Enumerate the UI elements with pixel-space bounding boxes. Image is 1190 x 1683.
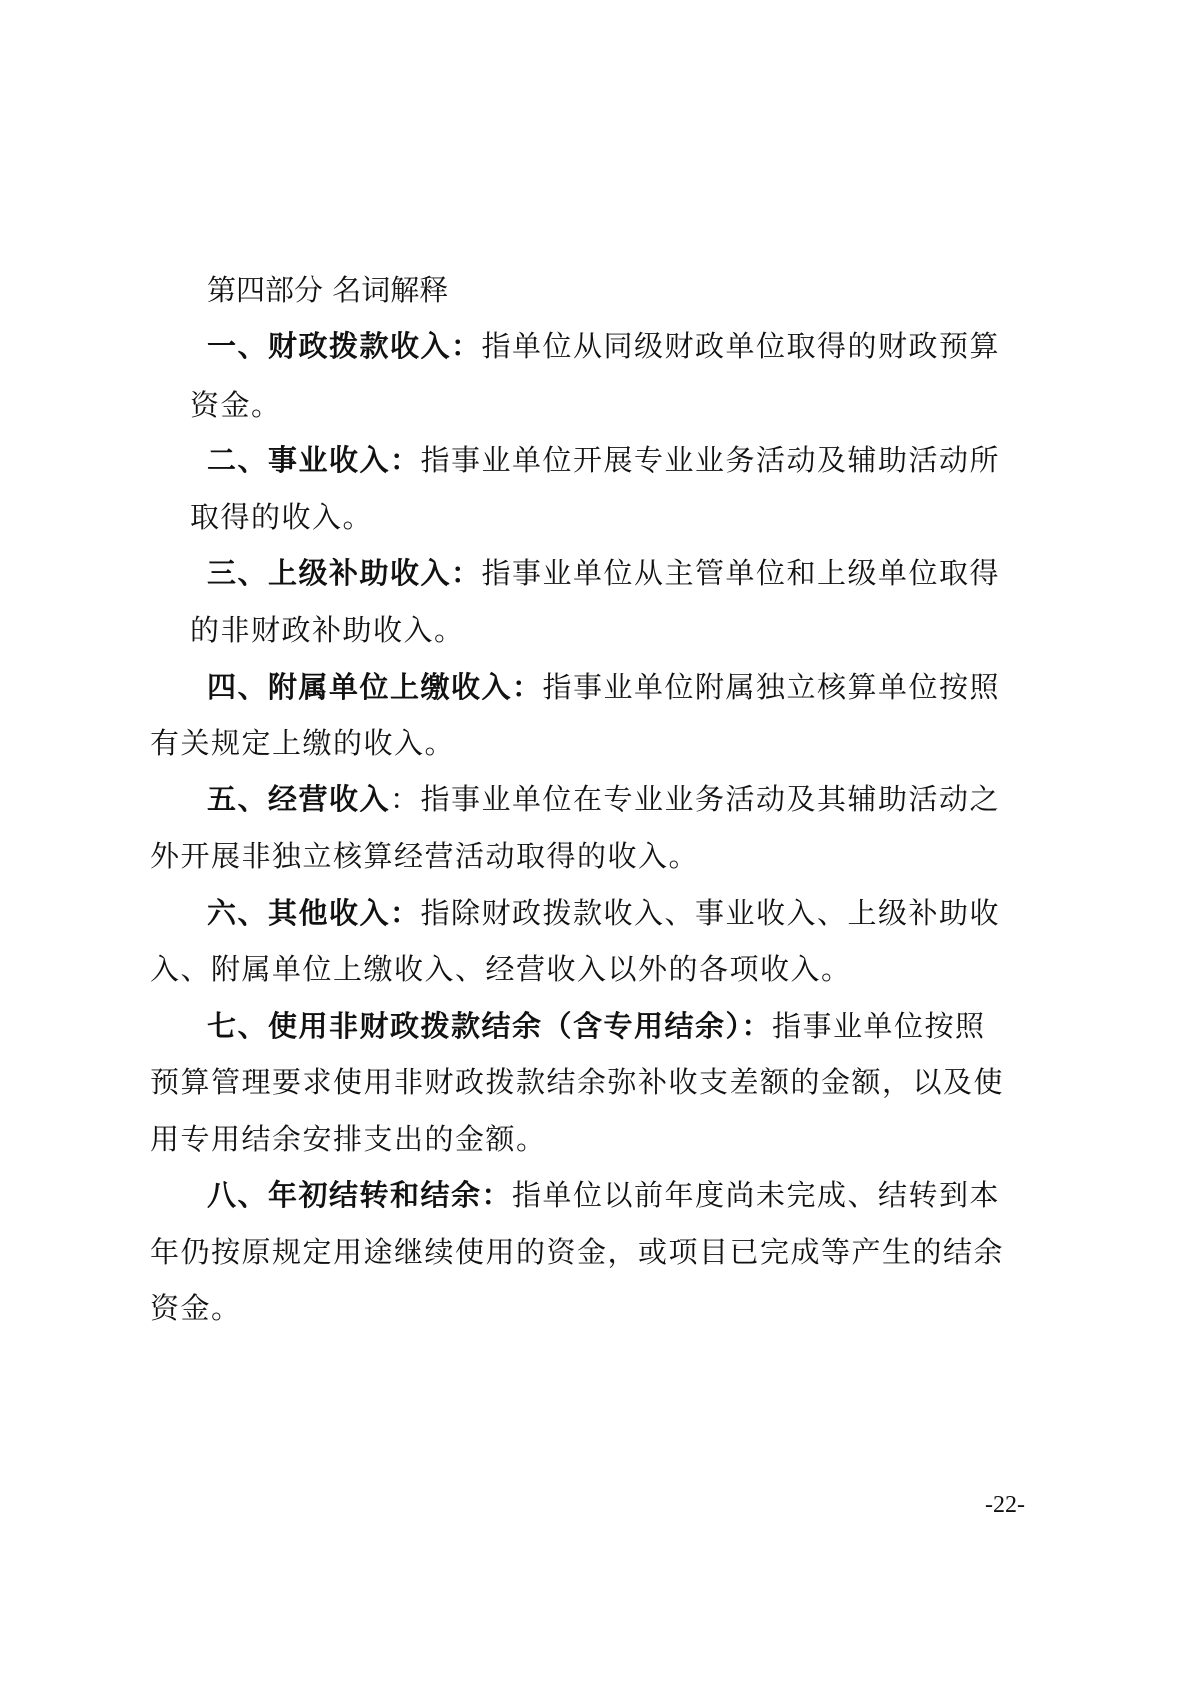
term: 六、其他收入： [207, 896, 421, 930]
definition-continuation: 的非财政补助收入。 [190, 610, 465, 650]
definition-text: 指事业单位从主管单位和上级单位取得 [482, 556, 1001, 590]
definition-text: 指事业单位按照 [772, 1009, 986, 1043]
definition-item-7: 七、使用非财政拨款结余（含专用结余）：指事业单位按照 [207, 1006, 986, 1046]
term: 五、经营收入 [207, 782, 390, 816]
definition-item-6: 六、其他收入：指除财政拨款收入、事业收入、上级补助收 [207, 893, 1000, 933]
definition-continuation: 资金。 [190, 385, 282, 425]
definition-continuation: 入、附属单位上缴收入、经营收入以外的各项收入。 [150, 949, 852, 989]
definition-continuation: 资金。 [150, 1288, 242, 1328]
page-number: -22- [985, 1492, 1025, 1519]
section-title: 第四部分 名词解释 [207, 270, 448, 310]
definition-continuation: 预算管理要求使用非财政拨款结余弥补收支差额的金额，以及使 [150, 1062, 1004, 1102]
definition-item-2: 二、事业收入：指事业单位开展专业业务活动及辅助活动所 [207, 440, 1000, 480]
definition-text: 指单位以前年度尚未完成、结转到本 [512, 1178, 1000, 1212]
definition-item-1: 一、财政拨款收入：指单位从同级财政单位取得的财政预算 [207, 326, 1000, 366]
definition-item-8: 八、年初结转和结余：指单位以前年度尚未完成、结转到本 [207, 1175, 1000, 1215]
definition-item-3: 三、上级补助收入：指事业单位从主管单位和上级单位取得 [207, 553, 1000, 593]
definition-continuation: 取得的收入。 [190, 497, 373, 537]
definition-continuation: 用专用结余安排支出的金额。 [150, 1119, 547, 1159]
definition-text: 指事业单位开展专业业务活动及辅助活动所 [421, 443, 1001, 477]
term: 八、年初结转和结余： [207, 1178, 512, 1212]
definition-text: 指除财政拨款收入、事业收入、上级补助收 [421, 896, 1001, 930]
definition-continuation: 外开展非独立核算经营活动取得的收入。 [150, 836, 699, 876]
term: 三、上级补助收入： [207, 556, 482, 590]
definition-text: 指单位从同级财政单位取得的财政预算 [482, 329, 1001, 363]
definition-text: ：指事业单位在专业业务活动及其辅助活动之 [390, 782, 1000, 816]
term: 七、使用非财政拨款结余（含专用结余）： [207, 1009, 772, 1043]
definition-item-4: 四、附属单位上缴收入：指事业单位附属独立核算单位按照 [207, 667, 1000, 707]
definition-continuation: 有关规定上缴的收入。 [150, 723, 455, 763]
definition-item-5: 五、经营收入：指事业单位在专业业务活动及其辅助活动之 [207, 779, 1000, 819]
term: 四、附属单位上缴收入： [207, 670, 543, 704]
definition-continuation: 年仍按原规定用途继续使用的资金，或项目已完成等产生的结余 [150, 1232, 1004, 1272]
definition-text: 指事业单位附属独立核算单位按照 [543, 670, 1001, 704]
term: 二、事业收入： [207, 443, 421, 477]
term: 一、财政拨款收入： [207, 329, 482, 363]
